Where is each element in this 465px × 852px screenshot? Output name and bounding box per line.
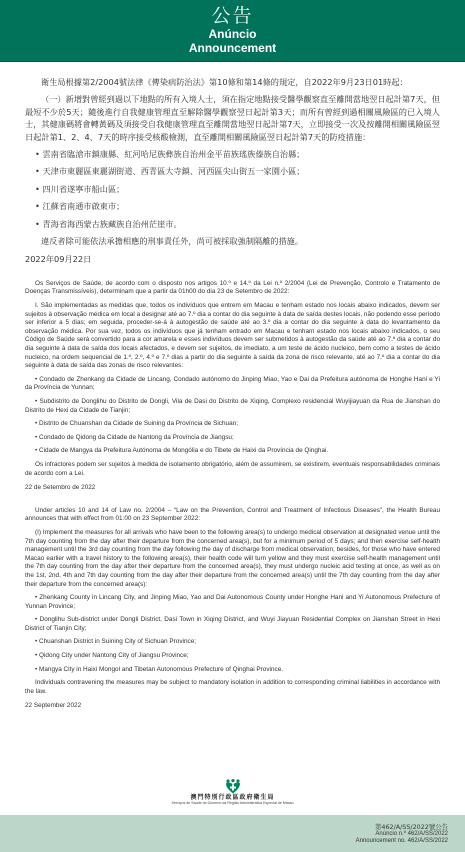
en-area-item: • Chuanshan District in Suining City of … (25, 638, 440, 647)
org-name-pt: Serviços de Saúde do Governo da Região A… (0, 801, 465, 806)
pt-area-item: • Condado de Zhenkang da Cidade de Linca… (25, 376, 440, 393)
zh-measure: （一）新增對曾經到過以下地點的所有入境人士，須在指定地點接受醫學觀察直至離開當地… (25, 93, 440, 143)
ref-number-en: Announcement no. 462/A/SS/2022 (356, 838, 448, 845)
announcement-reference: 第462/A/SS/2022號公告 Anúncio n.º 462/A/SS/2… (356, 823, 448, 845)
zh-area-item: • 青海省海西蒙古族藏族自治州茫崖市。 (25, 218, 440, 230)
chinese-section: 衛生局根據第2/2004號法律《傳染病防治法》第10條和第14條的規定，自202… (25, 76, 440, 266)
zh-area-item: • 雲南省臨滄市鎮康縣、紅河哈尼族彝族自治州金平苗族瑤族傣族自治縣； (25, 148, 440, 160)
pt-area-item: • Cidade de Mangya da Prefeitura Autónom… (25, 447, 440, 456)
ref-number-zh: 第462/A/SS/2022號公告 (356, 823, 448, 831)
title-zh: 公告 (0, 0, 465, 27)
en-penalty: Individuals contravening the measures ma… (25, 679, 440, 696)
org-name-zh: 澳門特別行政區政府衛生局 (0, 794, 465, 801)
zh-area-item: • 四川省遂寧市船山區； (25, 183, 440, 195)
english-section: Under articles 10 and 14 of Law no. 2/20… (25, 507, 440, 711)
pt-area-item: • Condado de Qidong da Cidade de Nantong… (25, 434, 440, 443)
zh-area-item: • 江蘇省南通市啟東市； (25, 200, 440, 212)
footer-band: 第462/A/SS/2022號公告 Anúncio n.º 462/A/SS/2… (0, 815, 465, 852)
zh-date: 2022年09月22日 (25, 253, 440, 265)
pt-intro: Os Serviços de Saúde, de acordo com o di… (25, 280, 440, 297)
portuguese-section: Os Serviços de Saúde, de acordo com o di… (25, 280, 440, 493)
pt-area-item: • Distrito de Chuanshan da Cidade de Sui… (25, 420, 440, 429)
title-en: Announcement (0, 41, 465, 55)
pt-area-item: • Subdistrito de Donglihu do Distrito de… (25, 398, 440, 415)
pt-date: 22 de Setembro de 2022 (25, 484, 440, 493)
en-area-item: • Mangya City in Haixi Mongol and Tibeta… (25, 666, 440, 675)
en-date: 22 September 2022 (25, 702, 440, 711)
en-measure: (I) Implement the measures for all arriv… (25, 529, 440, 589)
en-area-item: • Zhenkang County in Lincang City, and J… (25, 594, 440, 611)
announcement-header: 公告 Anúncio Announcement (0, 0, 465, 62)
en-area-item: • Donglihu Sub-district under Dongli Dis… (25, 616, 440, 633)
zh-penalty: 違反者除可能依法承擔相應的刑事責任外，尚可被採取強制隔離的措施。 (25, 235, 440, 247)
pt-measure: I. São implementadas as medidas que, tod… (25, 302, 440, 371)
zh-area-item: • 天津市東麗區東麗湖街道、西青區大寺鎮、河西區尖山街五一家園小區； (25, 165, 440, 177)
pt-penalty: Os infractores podem ser sujeitos à medi… (25, 461, 440, 478)
zh-intro: 衛生局根據第2/2004號法律《傳染病防治法》第10條和第14條的規定，自202… (25, 76, 440, 88)
en-area-item: • Qidong City under Nantong City of Jian… (25, 652, 440, 661)
health-bureau-heart-cross-icon (225, 779, 241, 794)
title-pt: Anúncio (0, 27, 465, 41)
health-bureau-logo: 澳門特別行政區政府衛生局 Serviços de Saúde do Govern… (0, 779, 465, 806)
ref-number-pt: Anúncio n.º 462/A/SS/2022 (356, 831, 448, 838)
announcement-body: 衛生局根據第2/2004號法律《傳染病防治法》第10條和第14條的規定，自202… (25, 76, 440, 711)
en-intro: Under articles 10 and 14 of Law no. 2/20… (25, 507, 440, 524)
